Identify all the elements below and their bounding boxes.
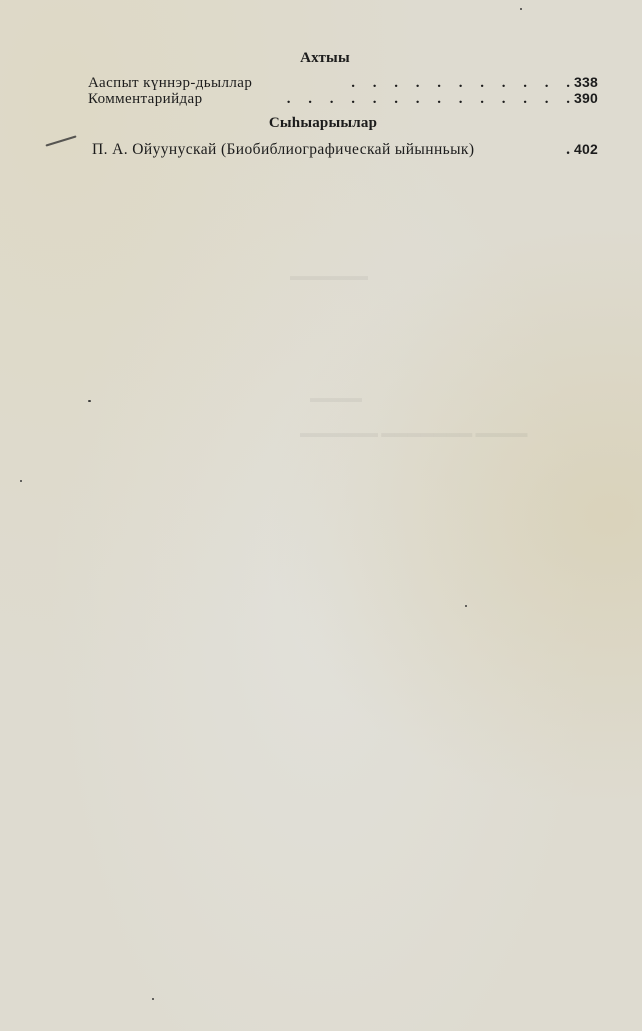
toc-dot-leader: . bbox=[474, 141, 574, 158]
scan-speck bbox=[520, 8, 522, 10]
toc-page-number: 390 bbox=[574, 90, 598, 107]
section-heading: Ахтыы bbox=[4, 50, 642, 67]
scan-scratch-mark bbox=[45, 135, 76, 146]
toc-page-number: 402 bbox=[574, 141, 598, 158]
toc-entry[interactable]: П. А. Ойуунускай (Биобиблиографическай ы… bbox=[92, 141, 598, 158]
bleed-through-texture: ▬▬▬▬▬▬ ▬▬▬▬▬▬▬ ▬▬▬▬ bbox=[300, 425, 528, 441]
toc-dot-leader: . . . . . . . . . . . . . . bbox=[202, 91, 574, 108]
scan-speck bbox=[465, 605, 467, 607]
toc-entry[interactable]: Комментарийдар . . . . . . . . . . . . .… bbox=[88, 90, 598, 107]
section-heading: Сыһыарыылар bbox=[2, 115, 642, 132]
toc-entry-title: П. А. Ойуунускай (Биобиблиографическай ы… bbox=[92, 141, 474, 158]
bleed-through-texture: ▬▬▬▬ bbox=[310, 390, 362, 406]
toc-entry[interactable]: Ааспыт күннэр-дьыллар . . . . . . . . . … bbox=[88, 74, 598, 91]
scan-speck bbox=[152, 998, 154, 1000]
book-page: ▬▬▬▬▬▬ ▬▬▬▬ ▬▬▬▬▬▬ ▬▬▬▬▬▬▬ ▬▬▬▬ Ахтыы Аа… bbox=[0, 0, 642, 1031]
bleed-through-texture: ▬▬▬▬▬▬ bbox=[290, 268, 368, 284]
scan-speck bbox=[20, 480, 22, 482]
toc-entry-title: Комментарийдар bbox=[88, 91, 202, 108]
scan-speck bbox=[88, 400, 91, 402]
toc-page-number: 338 bbox=[574, 74, 598, 91]
